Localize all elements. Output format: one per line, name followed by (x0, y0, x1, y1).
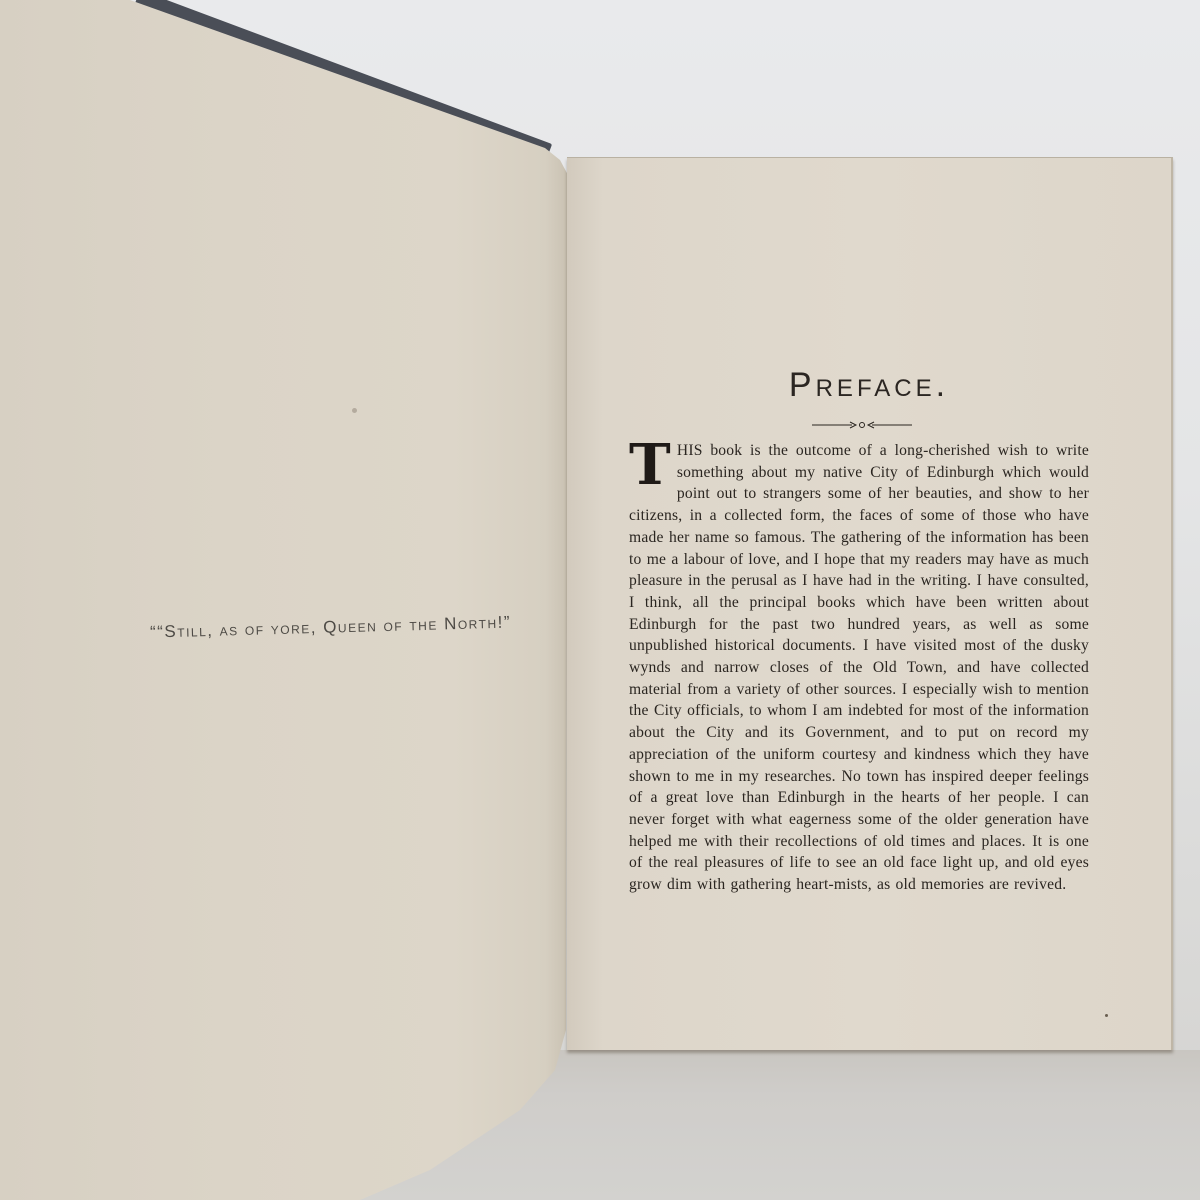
left-page: ““Still, as of yore, Queen of the North!… (0, 0, 568, 1200)
right-page: Preface. THIS book is the outcome of a l… (567, 157, 1173, 1050)
foxing-spot (352, 408, 357, 413)
first-word: HIS (677, 442, 703, 459)
ornament-divider-icon (812, 420, 912, 430)
preface-text: book is the outcome of a long-cherished … (629, 442, 1089, 893)
page-title: Preface. (567, 366, 1171, 405)
foxing-spot (1105, 1014, 1108, 1017)
drop-cap: T (629, 443, 671, 487)
epigraph: ““Still, as of yore, Queen of the North!… (150, 611, 550, 642)
preface-body: THIS book is the outcome of a long-cheri… (629, 440, 1089, 896)
